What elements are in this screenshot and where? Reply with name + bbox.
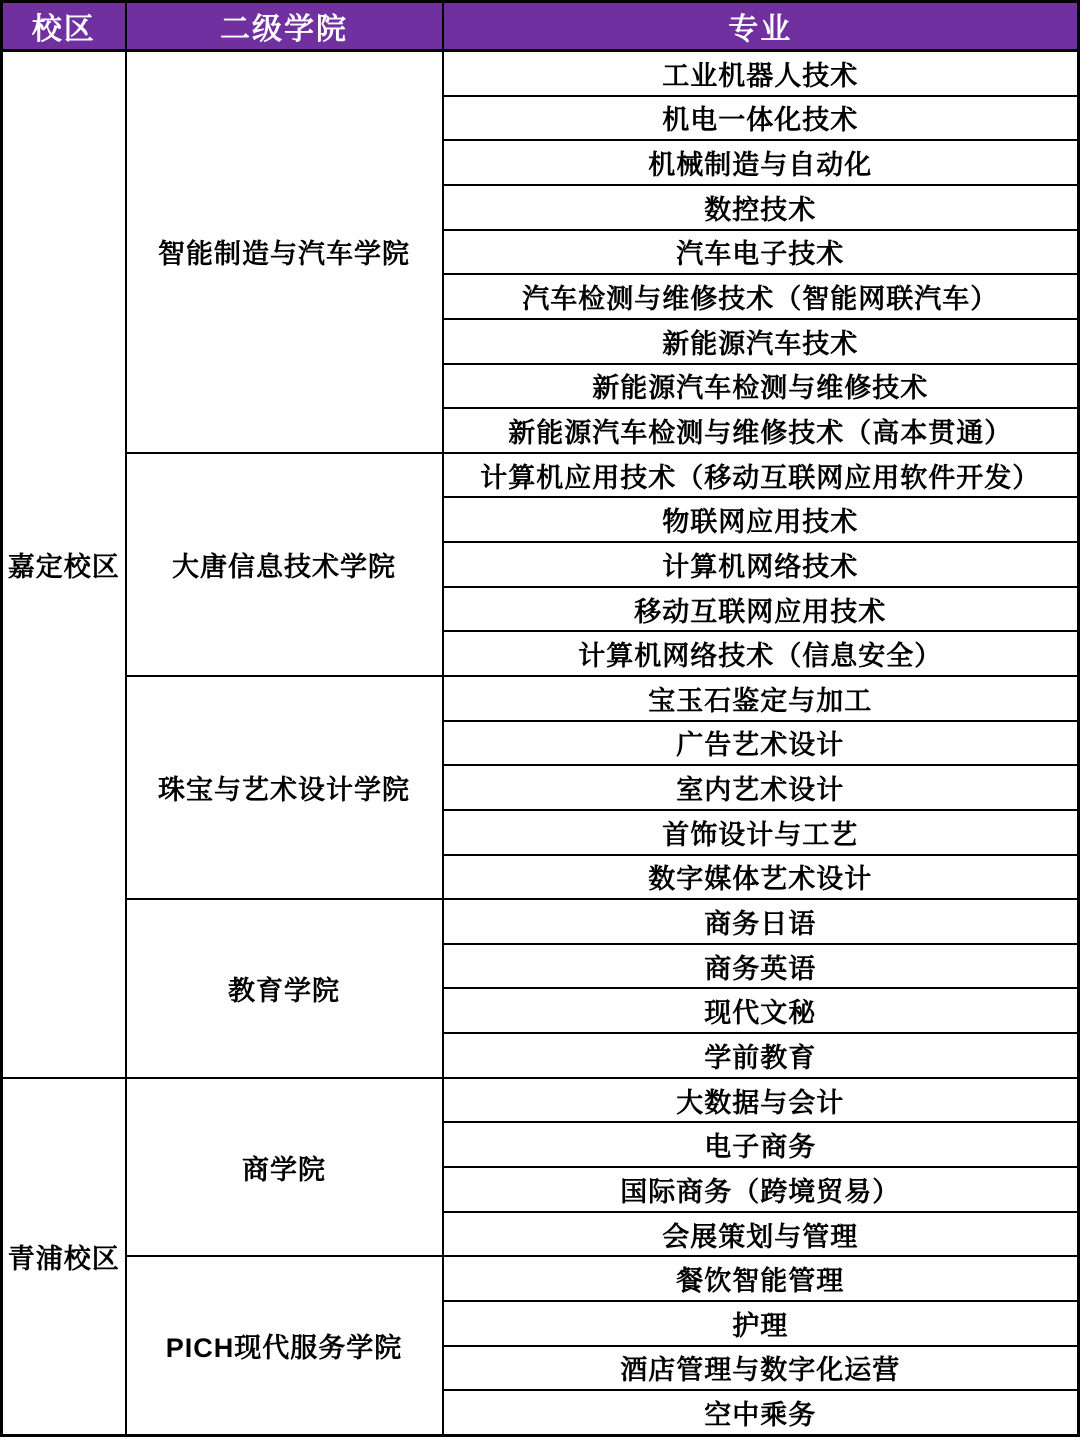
major-cell: 汽车电子技术	[443, 230, 1079, 275]
major-cell: 广告艺术设计	[443, 721, 1079, 766]
table-row: PICH现代服务学院餐饮智能管理	[2, 1256, 1079, 1301]
major-cell: 新能源汽车技术	[443, 319, 1079, 364]
major-cell: 计算机网络技术	[443, 542, 1079, 587]
major-cell: 室内艺术设计	[443, 765, 1079, 810]
major-cell: 计算机网络技术（信息安全）	[443, 631, 1079, 676]
table-body: 嘉定校区智能制造与汽车学院工业机器人技术机电一体化技术机械制造与自动化数控技术汽…	[2, 51, 1079, 1436]
major-cell: 会展策划与管理	[443, 1212, 1079, 1257]
major-cell: 大数据与会计	[443, 1078, 1079, 1123]
campus-cell: 青浦校区	[2, 1078, 126, 1436]
header-campus: 校区	[2, 2, 126, 51]
major-cell: 电子商务	[443, 1122, 1079, 1167]
college-cell: 教育学院	[126, 899, 443, 1078]
major-cell: 酒店管理与数字化运营	[443, 1346, 1079, 1391]
major-cell: 计算机应用技术（移动互联网应用软件开发）	[443, 453, 1079, 498]
major-cell: 数控技术	[443, 185, 1079, 230]
major-cell: 物联网应用技术	[443, 497, 1079, 542]
major-cell: 汽车检测与维修技术（智能网联汽车）	[443, 274, 1079, 319]
major-cell: 学前教育	[443, 1033, 1079, 1078]
table-row: 大唐信息技术学院计算机应用技术（移动互联网应用软件开发）	[2, 453, 1079, 498]
major-cell: 首饰设计与工艺	[443, 810, 1079, 855]
major-cell: 商务英语	[443, 944, 1079, 989]
major-cell: 商务日语	[443, 899, 1079, 944]
major-cell: 机电一体化技术	[443, 96, 1079, 141]
major-cell: 新能源汽车检测与维修技术	[443, 364, 1079, 409]
major-cell: 移动互联网应用技术	[443, 587, 1079, 632]
major-cell: 空中乘务	[443, 1390, 1079, 1435]
table-row: 青浦校区商学院大数据与会计	[2, 1078, 1079, 1123]
table-header: 校区 二级学院 专业	[2, 2, 1079, 51]
major-cell: 宝玉石鉴定与加工	[443, 676, 1079, 721]
header-college: 二级学院	[126, 2, 443, 51]
college-cell: 珠宝与艺术设计学院	[126, 676, 443, 899]
major-cell: 工业机器人技术	[443, 51, 1079, 96]
major-cell: 现代文秘	[443, 988, 1079, 1033]
college-cell: 大唐信息技术学院	[126, 453, 443, 676]
college-cell: PICH现代服务学院	[126, 1256, 443, 1435]
major-cell: 餐饮智能管理	[443, 1256, 1079, 1301]
major-cell: 机械制造与自动化	[443, 140, 1079, 185]
table-row: 珠宝与艺术设计学院宝玉石鉴定与加工	[2, 676, 1079, 721]
college-cell: 智能制造与汽车学院	[126, 51, 443, 453]
header-row: 校区 二级学院 专业	[2, 2, 1079, 51]
table-row: 教育学院商务日语	[2, 899, 1079, 944]
major-cell: 新能源汽车检测与维修技术（高本贯通）	[443, 408, 1079, 453]
header-major: 专业	[443, 2, 1079, 51]
campus-cell: 嘉定校区	[2, 51, 126, 1078]
major-cell: 国际商务（跨境贸易）	[443, 1167, 1079, 1212]
campus-college-major-table: 校区 二级学院 专业 嘉定校区智能制造与汽车学院工业机器人技术机电一体化技术机械…	[0, 0, 1080, 1437]
table-row: 嘉定校区智能制造与汽车学院工业机器人技术	[2, 51, 1079, 96]
major-cell: 护理	[443, 1301, 1079, 1346]
college-cell: 商学院	[126, 1078, 443, 1257]
major-cell: 数字媒体艺术设计	[443, 855, 1079, 900]
